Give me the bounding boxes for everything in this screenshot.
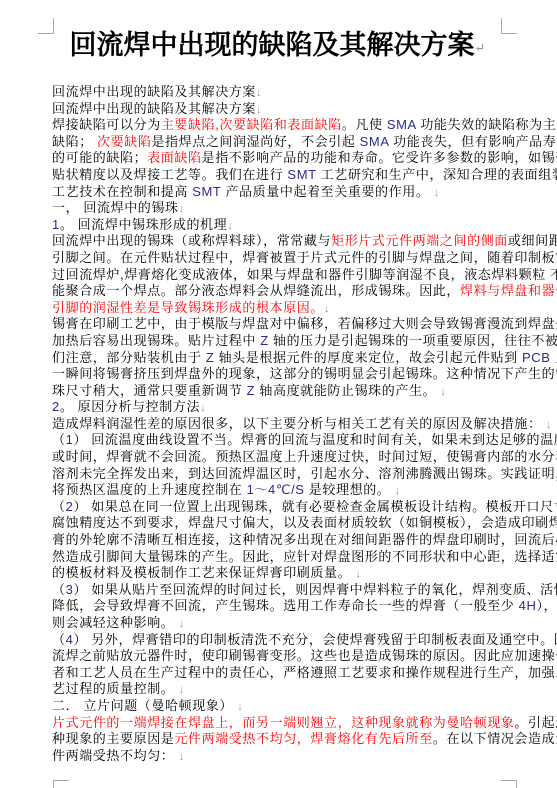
paragraph-mark-icon: ↓ (179, 618, 185, 630)
text-segment: 回流焊中出现的缺陷及其解决方案 (52, 84, 256, 99)
document-title-text: 回流焊中出现的缺陷及其解决方案 (70, 30, 475, 60)
text-line: 回流焊中出现的缺陷及其解决方案↓ (52, 101, 512, 118)
text-line: 降低，会导致焊膏不回流，产生锡珠。选用工作寿命长一些的焊膏（一般至少 4H）， (52, 598, 512, 615)
text-segment: 主要缺陷,次要缺陷和表面缺陷 (161, 117, 342, 132)
text-segment: PCB (522, 350, 551, 365)
paragraph-mark-icon: ↓ (256, 104, 262, 116)
text-line: 件两端受热不均匀： ↓ (52, 748, 512, 765)
text-segment: 功能丧失，但有影响产品寿命 (389, 134, 557, 149)
text-line: 的模板材料及模板制作工艺来保证焊膏印刷质量。 ↓ (52, 565, 512, 582)
body-lines: 回流焊中出现的缺陷及其解决方案↓回流焊中出现的缺陷及其解决方案↓焊接缺陷可以分为… (52, 84, 512, 764)
text-line: 引脚的润湿性差是导致锡珠形成的根本原因。↓ (52, 300, 512, 317)
text-segment: ） 如果总在同一位置上出现锡珠，就有必要检查金属模板设计结构。模板开口尺寸 (73, 499, 557, 514)
text-line: 膏的外轮廓不清晰互相连接，这种情况多出现在对细间距器件的焊盘印刷时，回流后必 (52, 532, 512, 549)
text-segment: 膏的外轮廓不清晰互相连接，这种情况多出现在对细间距器件的焊盘印刷时，回流后必 (52, 532, 557, 547)
text-line: 们注意，部分贴装机由于 Z 轴头是根据元件的厚度来定位，故会引起元件贴到 PCB… (52, 350, 512, 367)
text-line: 工艺技术在控制和提高 SMT 产品质量中起着至关重要的作用。 ↓ (52, 184, 512, 201)
paragraph-mark-icon: ↓ (324, 303, 330, 315)
paragraph-mark-icon: ↓ (440, 386, 446, 398)
text-segment: 一瞬间将锡膏挤压到焊盘外的现象，这部分的锡明显会引起锡珠。这种情况下产生的锡 (52, 366, 557, 381)
text-segment: SMT (287, 167, 316, 182)
text-segment: 。 原因分析与控制方法 (60, 399, 200, 414)
text-segment: 1～4℃/S (247, 482, 305, 497)
text-segment: Z (247, 383, 256, 398)
text-segment: 者和工艺人员在生产过程中的责任心，严格遵照工艺要求和操作规程进行生产，加强工 (52, 665, 557, 680)
margin-crop-mark-bottom-right (501, 780, 517, 788)
text-segment: 。 回流焊中锡珠形成的机理 (60, 217, 227, 232)
text-segment: 然造成引脚间大量锡珠的产生。因此，应针对焊盘图形的不同形状和中心距，选择适宜 (52, 549, 557, 564)
text-line: 溶剂未完全挥发出来，到达回流焊温区时，引起水分、溶剂沸腾溅出锡珠。实践证明， (52, 466, 512, 483)
text-segment: 工艺技术在控制和提高 (52, 184, 192, 199)
text-line: 锡膏在印刷工艺中，由于模版与焊盘对中偏移，若偏移过大则会导致锡膏漫流到焊盘外， (52, 316, 512, 333)
text-segment: ） 如果从贴片至回流焊的时间过长，则因焊膏中焊料粒子的氧化，焊剂变质、活性 (73, 582, 557, 597)
text-line: 引脚之间。在元件贴状过程中，焊膏被置于片式元件的引脚与焊盘之间，随着印制板穿 (52, 250, 512, 267)
text-segment: 件两端受热不均匀： (52, 748, 179, 763)
text-segment: 引脚之间。在元件贴状过程中，焊膏被置于片式元件的引脚与焊盘之间，随着印制板穿 (52, 250, 557, 265)
text-line: 过回流焊炉,焊膏熔化变成液体，如果与焊盘和器件引脚等润湿不良，液态焊料颗粒 不 (52, 267, 512, 284)
paragraph-mark-icon: ↓ (179, 684, 185, 696)
text-segment: 是指焊点之间润湿尚好，不会引起 (151, 134, 359, 149)
text-segment: （ (52, 582, 66, 597)
text-segment: 种现象的主要原因是 (52, 731, 174, 746)
text-line: 2。 原因分析与控制方法↓ (52, 399, 512, 416)
paragraph-mark-icon: ↓ (227, 220, 233, 232)
text-line: 回流焊中出现的缺陷及其解决方案↓ (52, 84, 512, 101)
text-segment: 溶剂未完全挥发出来，到达回流焊温区时，引起水分、溶剂沸腾溅出锡珠。实践证明， (52, 466, 557, 481)
text-line: 一， 回流焊中的锡珠↓ (52, 200, 512, 217)
text-line: 珠尺寸稍大，通常只要重新调节 Z 轴高度就能防止锡珠的产生。 ↓ (52, 383, 512, 400)
text-line: 或时间，焊膏就不会回流。预热区温度上升速度过快，时间过短，使锡膏内部的水分和 (52, 449, 512, 466)
text-segment: Z (260, 333, 269, 348)
text-segment: 4H (519, 598, 537, 613)
text-line: 1。 回流焊中锡珠形成的机理↓ (52, 217, 512, 234)
text-segment: 次要缺陷 (97, 134, 151, 149)
text-line: 艺过程的质量控制。 ↓ (52, 681, 512, 698)
text-segment: 是较理想的。 (305, 482, 395, 497)
text-segment: 焊料与焊盘和器件 (460, 283, 557, 298)
text-segment: SMA (387, 117, 416, 132)
text-line: 缺陷； 次要缺陷是指焊点之间润湿尚好，不会引起 SMA 功能丧失，但有影响产品寿… (52, 134, 512, 151)
paragraph-mark-icon: ↓ (237, 701, 243, 713)
text-segment: 或时间，焊膏就不会回流。预热区温度上升速度过快，时间过短，使锡膏内部的水分和 (52, 449, 557, 464)
text-segment: 轴的压力是引起锡珠的一项重要原因，往往不被人 (269, 333, 557, 348)
text-segment: 或细间距 (508, 233, 557, 248)
text-segment: 二． 立片问题（曼哈顿现象） (52, 698, 237, 713)
text-segment: 2 (52, 399, 60, 414)
text-line: 片式元件的一端焊接在焊盘上，而另一端则翘立，这种现象就称为曼哈顿现象。引起这 (52, 715, 512, 732)
text-line: 焊接缺陷可以分为主要缺陷,次要缺陷和表面缺陷。凡使 SMA 功能失效的缺陷称为主… (52, 117, 512, 134)
text-line: 流焊之前贴放元器件时，使印刷锡膏变形。这些也是造成锡珠的原因。因此应加速操作 (52, 648, 512, 665)
text-segment: SMA (360, 134, 389, 149)
text-segment: 过回流焊炉,焊膏熔化变成液体，如果与焊盘和器件引脚等润湿不良，液态焊料颗粒 不 (52, 267, 557, 282)
document-page: 回流焊中出现的缺陷及其解决方案↵ 回流焊中出现的缺陷及其解决方案↓回流焊中出现的… (0, 0, 557, 788)
text-segment: 腐蚀精度达不到要求，焊盘尺寸偏大，以及表面材质较软（如铜模板），会造成印刷焊 (52, 515, 557, 530)
text-segment: 轴头是根据元件的厚度来定位，故会引起元件贴到 (214, 350, 522, 365)
text-line: （3） 如果从贴片至回流焊的时间过长，则因焊膏中焊料粒子的氧化，焊剂变质、活性 (52, 582, 512, 599)
text-segment: 则会减轻这种影响。 (52, 615, 179, 630)
paragraph-mark-icon: ↓ (546, 419, 552, 431)
margin-crop-mark-top-left (38, 18, 54, 34)
text-segment: 焊接缺陷可以分为 (52, 117, 161, 132)
text-segment: 贴状精度以及焊接工艺等。我们在进行 (52, 167, 287, 182)
text-line: （1） 回流温度曲线设置不当。焊膏的回流与温度和时间有关，如果未到达足够的温度 (52, 432, 512, 449)
text-segment: 表面缺陷 (147, 150, 201, 165)
text-segment: 流焊之前贴放元器件时，使印刷锡膏变形。这些也是造成锡珠的原因。因此应加速操作 (52, 648, 557, 663)
text-line: 则会减轻这种影响。 ↓ (52, 615, 512, 632)
text-segment: 造成焊料润湿性差的原因很多，以下主要分析与相关工艺有关的原因及解决措施： (52, 416, 546, 431)
text-segment: 回流焊中出现的锡珠（或称焊料球），常常藏与 (52, 233, 331, 248)
text-segment: ）， (536, 598, 557, 613)
text-segment: 降低，会导致焊膏不回流，产生锡珠。选用工作寿命长一些的焊膏（一般至少 (52, 598, 519, 613)
text-segment: 功能失效的缺陷称为主要 (416, 117, 557, 132)
paragraph-mark-icon: ↓ (179, 751, 185, 763)
text-line: 贴状精度以及焊接工艺等。我们在进行 SMT 工艺研究和生产中，深知合理的表面组装 (52, 167, 512, 184)
text-line: 能聚合成一个焊点。部分液态焊料会从焊缝流出，形成锡珠。因此，焊料与焊盘和器件 (52, 283, 512, 300)
text-line: 回流焊中出现的锡珠（或称焊料球），常常藏与矩形片式元件两端之间的侧面或细间距 (52, 233, 512, 250)
text-segment: 将预热区温度的上升速度控制在 (52, 482, 247, 497)
text-segment: 产品质量中起着至关重要的作用。 (221, 184, 433, 199)
text-segment: 上 (551, 350, 557, 365)
text-segment: 是指不影响产品的功能和寿命。它受许多参数的影响，如锡膏、 (202, 150, 557, 165)
text-segment: 的可能的缺陷； (52, 150, 147, 165)
text-segment: （ (52, 432, 66, 447)
text-line: 造成焊料润湿性差的原因很多，以下主要分析与相关工艺有关的原因及解决措施： ↓ (52, 416, 512, 433)
text-segment: 缺陷； (52, 134, 97, 149)
text-segment: 工艺研究和生产中，深知合理的表面组装 (316, 167, 557, 182)
text-segment: SMT (192, 184, 221, 199)
text-segment: 1 (52, 217, 60, 232)
text-line: 腐蚀精度达不到要求，焊盘尺寸偏大，以及表面材质较软（如铜模板），会造成印刷焊 (52, 515, 512, 532)
text-segment: 片式元件的一端焊接在焊盘上，而另一端则翘立，这种现象就称为曼哈顿现象 (52, 715, 514, 730)
paragraph-mark-icon: ↓ (179, 203, 185, 215)
text-line: 加热后容易出现锡珠。贴片过程中 Z 轴的压力是引起锡珠的一项重要原因，往往不被人 (52, 333, 512, 350)
text-segment: 的模板材料及模板制作工艺来保证焊膏印刷质量。 (52, 565, 355, 580)
text-segment: （ (52, 499, 66, 514)
text-segment: ） 另外，焊膏错印的印制板清洗不充分，会使焊膏残留于印制板表面及通空中。回 (73, 632, 557, 647)
text-line: 种现象的主要原因是元件两端受热不均匀，焊膏熔化有先后所至。在以下情况会造成元 (52, 731, 512, 748)
text-segment: 珠尺寸稍大，通常只要重新调节 (52, 383, 247, 398)
text-segment: 能聚合成一个焊点。部分液态焊料会从焊缝流出，形成锡珠。因此， (52, 283, 460, 298)
text-line: 二． 立片问题（曼哈顿现象） ↓ (52, 698, 512, 715)
text-line: （2） 如果总在同一位置上出现锡珠，就有必要检查金属模板设计结构。模板开口尺寸 (52, 499, 512, 516)
paragraph-mark-icon: ↓ (200, 402, 206, 414)
text-segment: 们注意，部分贴装机由于 (52, 350, 206, 365)
margin-crop-mark-bottom-left (53, 780, 69, 788)
text-segment: 元件两端受热不均匀，焊膏熔化有先后所至 (174, 731, 432, 746)
text-segment: 。凡使 (342, 117, 387, 132)
text-line: 然造成引脚间大量锡珠的产生。因此，应针对焊盘图形的不同形状和中心距，选择适宜 (52, 549, 512, 566)
text-line: 一瞬间将锡膏挤压到焊盘外的现象，这部分的锡明显会引起锡珠。这种情况下产生的锡 (52, 366, 512, 383)
text-line: 的可能的缺陷；表面缺陷是指不影响产品的功能和寿命。它受许多参数的影响，如锡膏、 (52, 150, 512, 167)
paragraph-mark-icon: ↓ (395, 485, 401, 497)
text-segment: 锡膏在印刷工艺中，由于模版与焊盘对中偏移，若偏移过大则会导致锡膏漫流到焊盘外， (52, 316, 557, 331)
paragraph-mark-icon: ↵ (475, 40, 486, 55)
text-segment: 。引起这 (514, 715, 557, 730)
paragraph-mark-icon: ↓ (434, 187, 440, 199)
paragraph-mark-icon: ↓ (256, 87, 262, 99)
text-segment: 引脚的润湿性差是导致锡珠形成的根本原因。 (52, 300, 324, 315)
text-line: 将预热区温度的上升速度控制在 1～4℃/S 是较理想的。 ↓ (52, 482, 512, 499)
paragraph-mark-icon: ↓ (355, 568, 361, 580)
document-title: 回流焊中出现的缺陷及其解决方案↵ (53, 26, 502, 67)
text-segment: （ (52, 632, 66, 647)
text-segment: 一， 回流焊中的锡珠 (52, 200, 179, 215)
margin-crop-mark-top-right (501, 18, 517, 34)
text-segment: 艺过程的质量控制。 (52, 681, 179, 696)
text-segment: 。在以下情况会造成元 (433, 731, 557, 746)
text-segment: ） 回流温度曲线设置不当。焊膏的回流与温度和时间有关，如果未到达足够的温度 (73, 432, 557, 447)
text-segment: 矩形片式元件两端之间的侧面 (331, 233, 508, 248)
text-segment: 轴高度就能防止锡珠的产生。 (255, 383, 440, 398)
text-segment: 加热后容易出现锡珠。贴片过程中 (52, 333, 260, 348)
text-segment: 回流焊中出现的缺陷及其解决方案 (52, 101, 256, 116)
text-line: 者和工艺人员在生产过程中的责任心，严格遵照工艺要求和操作规程进行生产，加强工 (52, 665, 512, 682)
text-line: （4） 另外，焊膏错印的印制板清洗不充分，会使焊膏残留于印制板表面及通空中。回 (52, 632, 512, 649)
